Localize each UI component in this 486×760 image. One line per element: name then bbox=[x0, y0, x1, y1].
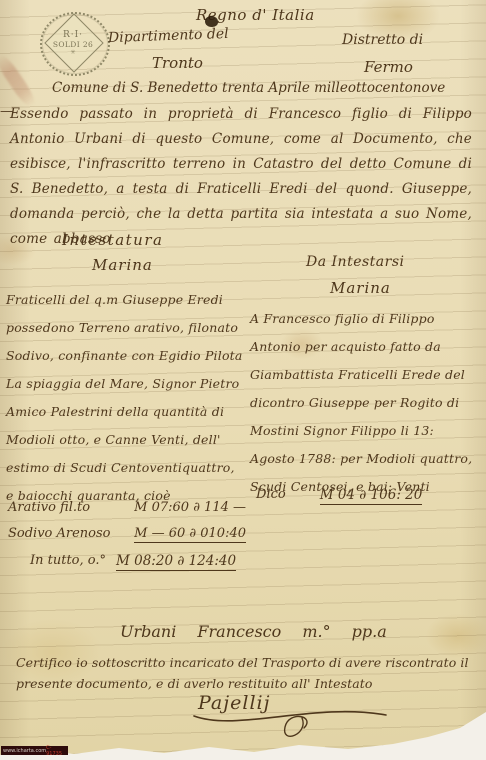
district-name: Fermo bbox=[364, 58, 413, 76]
right-column-body: A Francesco figlio di Filippo Antonio pe… bbox=[250, 305, 482, 501]
stamp-line2: SOLDI 26 bbox=[36, 40, 110, 49]
row-label: Arativo fil.to bbox=[8, 500, 90, 515]
right-column-heading: Da Intestarsi bbox=[306, 254, 405, 270]
section-heading-intestatura: Intestatura bbox=[62, 231, 163, 249]
photo-watermark: www.icharta.com C-91735 bbox=[1, 746, 68, 755]
left-column-subheading: Marina bbox=[92, 256, 153, 274]
stamp-line1: R·I· bbox=[36, 30, 110, 40]
petition-paragraph: Essendo passato in proprietà di Francesc… bbox=[10, 102, 472, 252]
commune-dateline: Comune di S. Benedetto trenta Aprile mil… bbox=[52, 80, 472, 96]
manuscript-page: R·I· SOLDI 26 ✳ Regno d' Italia Dipartim… bbox=[0, 0, 486, 760]
right-column-total: Dico M 04 ∂ 106: 20 bbox=[256, 487, 476, 505]
stamp-mark: ✳ bbox=[36, 49, 110, 56]
account-row-sodivo: Sodivo Arenoso M — 60 ∂ 010:40 bbox=[8, 526, 246, 543]
account-row-arativo: Arativo fil.to M 07:60 ∂ 114 — bbox=[8, 500, 246, 515]
right-column-subheading: Marina bbox=[330, 279, 391, 297]
stamp-text: R·I· SOLDI 26 ✳ bbox=[36, 30, 110, 56]
attestation-name-line: Urbani Francesco m.° pp.a bbox=[120, 622, 420, 641]
signature-flourish bbox=[186, 700, 396, 746]
left-column-body: Fraticelli del q.m Giuseppe Eredi possed… bbox=[6, 286, 246, 510]
total-label: In tutto, o.° bbox=[30, 553, 106, 571]
watermark-site: www.icharta.com bbox=[3, 748, 46, 754]
watermark-code: C-91735 bbox=[46, 745, 66, 757]
department-name: Tronto bbox=[152, 54, 203, 72]
row-amount: M — 60 ∂ 010:40 bbox=[134, 526, 246, 543]
total-label: Dico bbox=[256, 487, 286, 505]
total-amount: M 04 ∂ 106: 20 bbox=[320, 487, 423, 505]
district-label: Distretto di bbox=[342, 32, 423, 48]
certification-text: Certifico io sottoscritto incaricato del… bbox=[16, 652, 478, 694]
revenue-stamp: R·I· SOLDI 26 ✳ bbox=[36, 10, 114, 78]
row-amount: M 07:60 ∂ 114 — bbox=[134, 500, 246, 515]
total-amount: M 08:20 ∂ 124:40 bbox=[116, 553, 236, 571]
row-label: Sodivo Arenoso bbox=[8, 526, 111, 543]
left-column-total: In tutto, o.° M 08:20 ∂ 124:40 bbox=[30, 553, 246, 571]
